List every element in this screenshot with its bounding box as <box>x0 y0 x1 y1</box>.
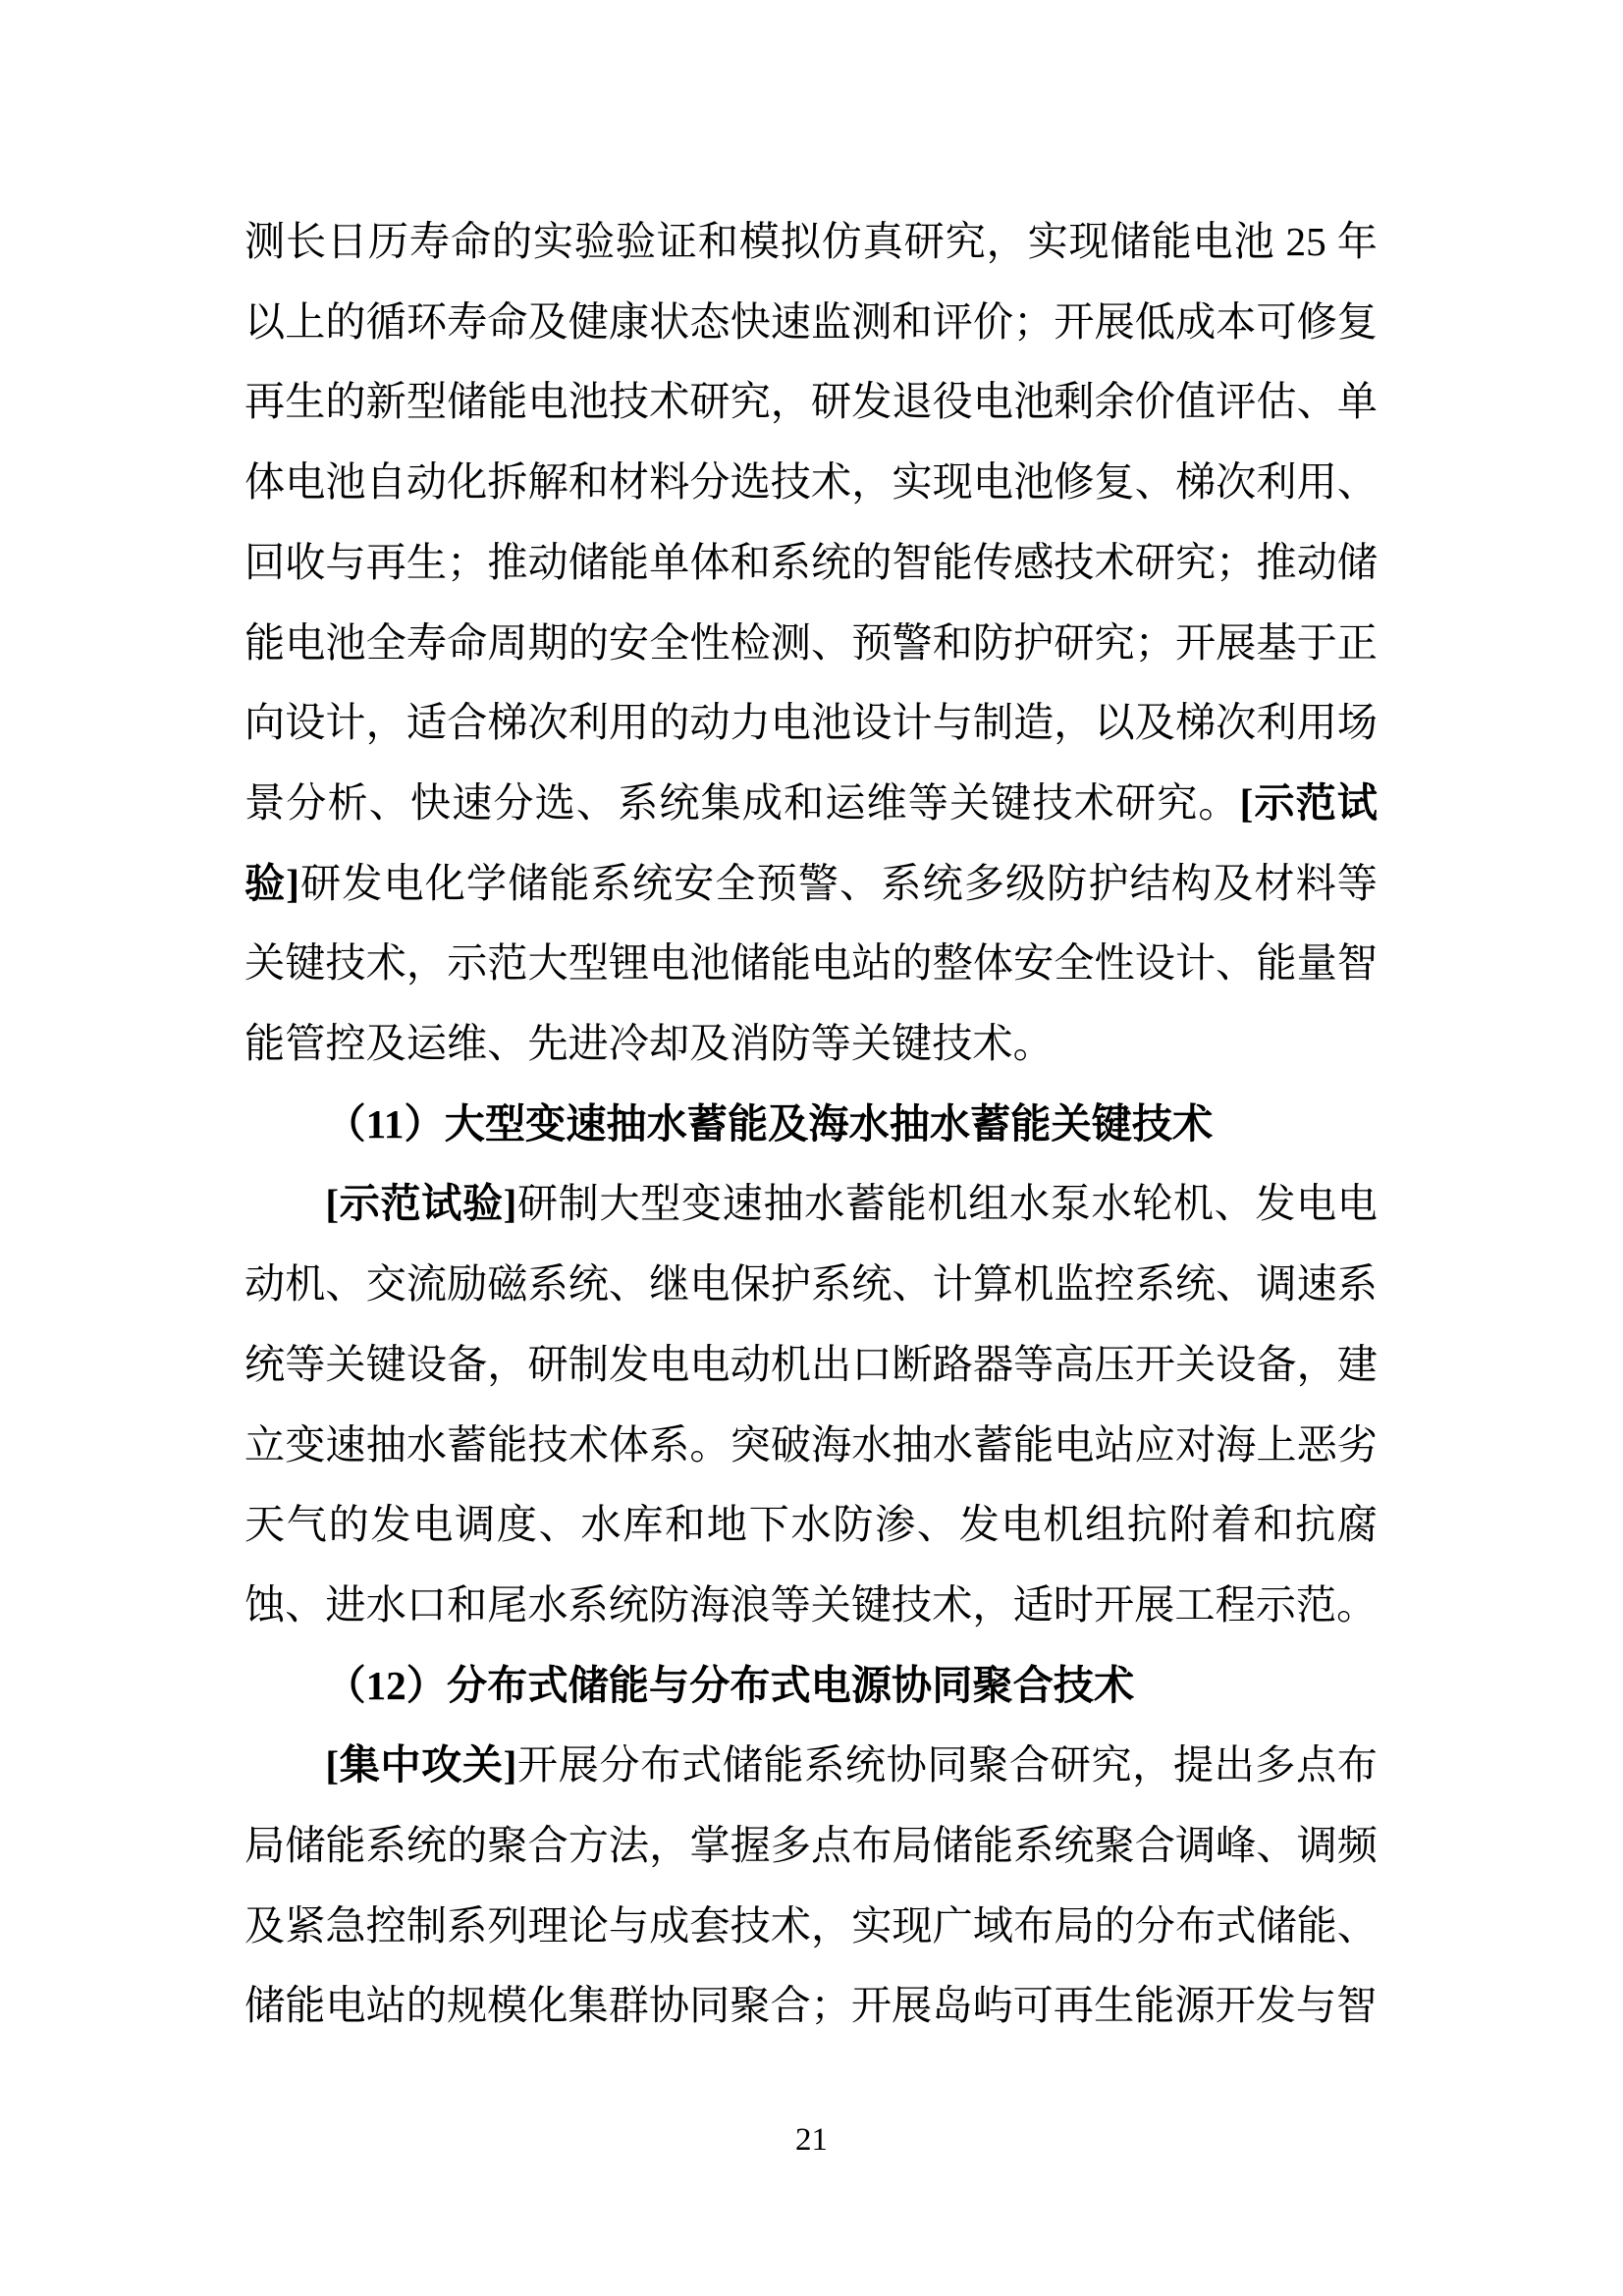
paragraph: 测长日历寿命的实验验证和模拟仿真研究，实现储能电池 25 年以上的循环寿命及健康… <box>244 202 1378 1085</box>
paragraph: [示范试验]研制大型变速抽水蓄能机组水泵水轮机、发电电动机、交流励磁系统、继电保… <box>244 1164 1378 1645</box>
document-body: 测长日历寿命的实验验证和模拟仿真研究，实现储能电池 25 年以上的循环寿命及健康… <box>244 202 1378 2047</box>
bracket-tag-label: （11）大型变速抽水蓄能及海水抽水蓄能关键技术 <box>325 1101 1213 1147</box>
text-run: 研制大型变速抽水蓄能机组水泵水轮机、发电电动机、交流励磁系统、继电保护系统、计算… <box>244 1181 1378 1628</box>
page-number: 21 <box>0 2120 1623 2160</box>
text-run: 研发电化学储能系统安全预警、系统多级防护结构及材料等关键技术，示范大型锂电池储能… <box>244 861 1378 1066</box>
bracket-tag-label: [示范试验] <box>325 1181 516 1226</box>
section-heading: （12）分布式储能与分布式电源协同聚合技术 <box>244 1646 1378 1727</box>
bracket-tag-label: [集中攻关] <box>325 1742 516 1788</box>
bracket-tag-label: （12）分布式储能与分布式电源协同聚合技术 <box>325 1663 1134 1708</box>
section-heading: （11）大型变速抽水蓄能及海水抽水蓄能关键技术 <box>244 1085 1378 1165</box>
document-page: 测长日历寿命的实验验证和模拟仿真研究，实现储能电池 25 年以上的循环寿命及健康… <box>0 0 1623 2296</box>
paragraph: [集中攻关]开展分布式储能系统协同聚合研究，提出多点布局储能系统的聚合方法，掌握… <box>244 1726 1378 2047</box>
text-run: 测长日历寿命的实验验证和模拟仿真研究，实现储能电池 25 年以上的循环寿命及健康… <box>244 219 1378 826</box>
